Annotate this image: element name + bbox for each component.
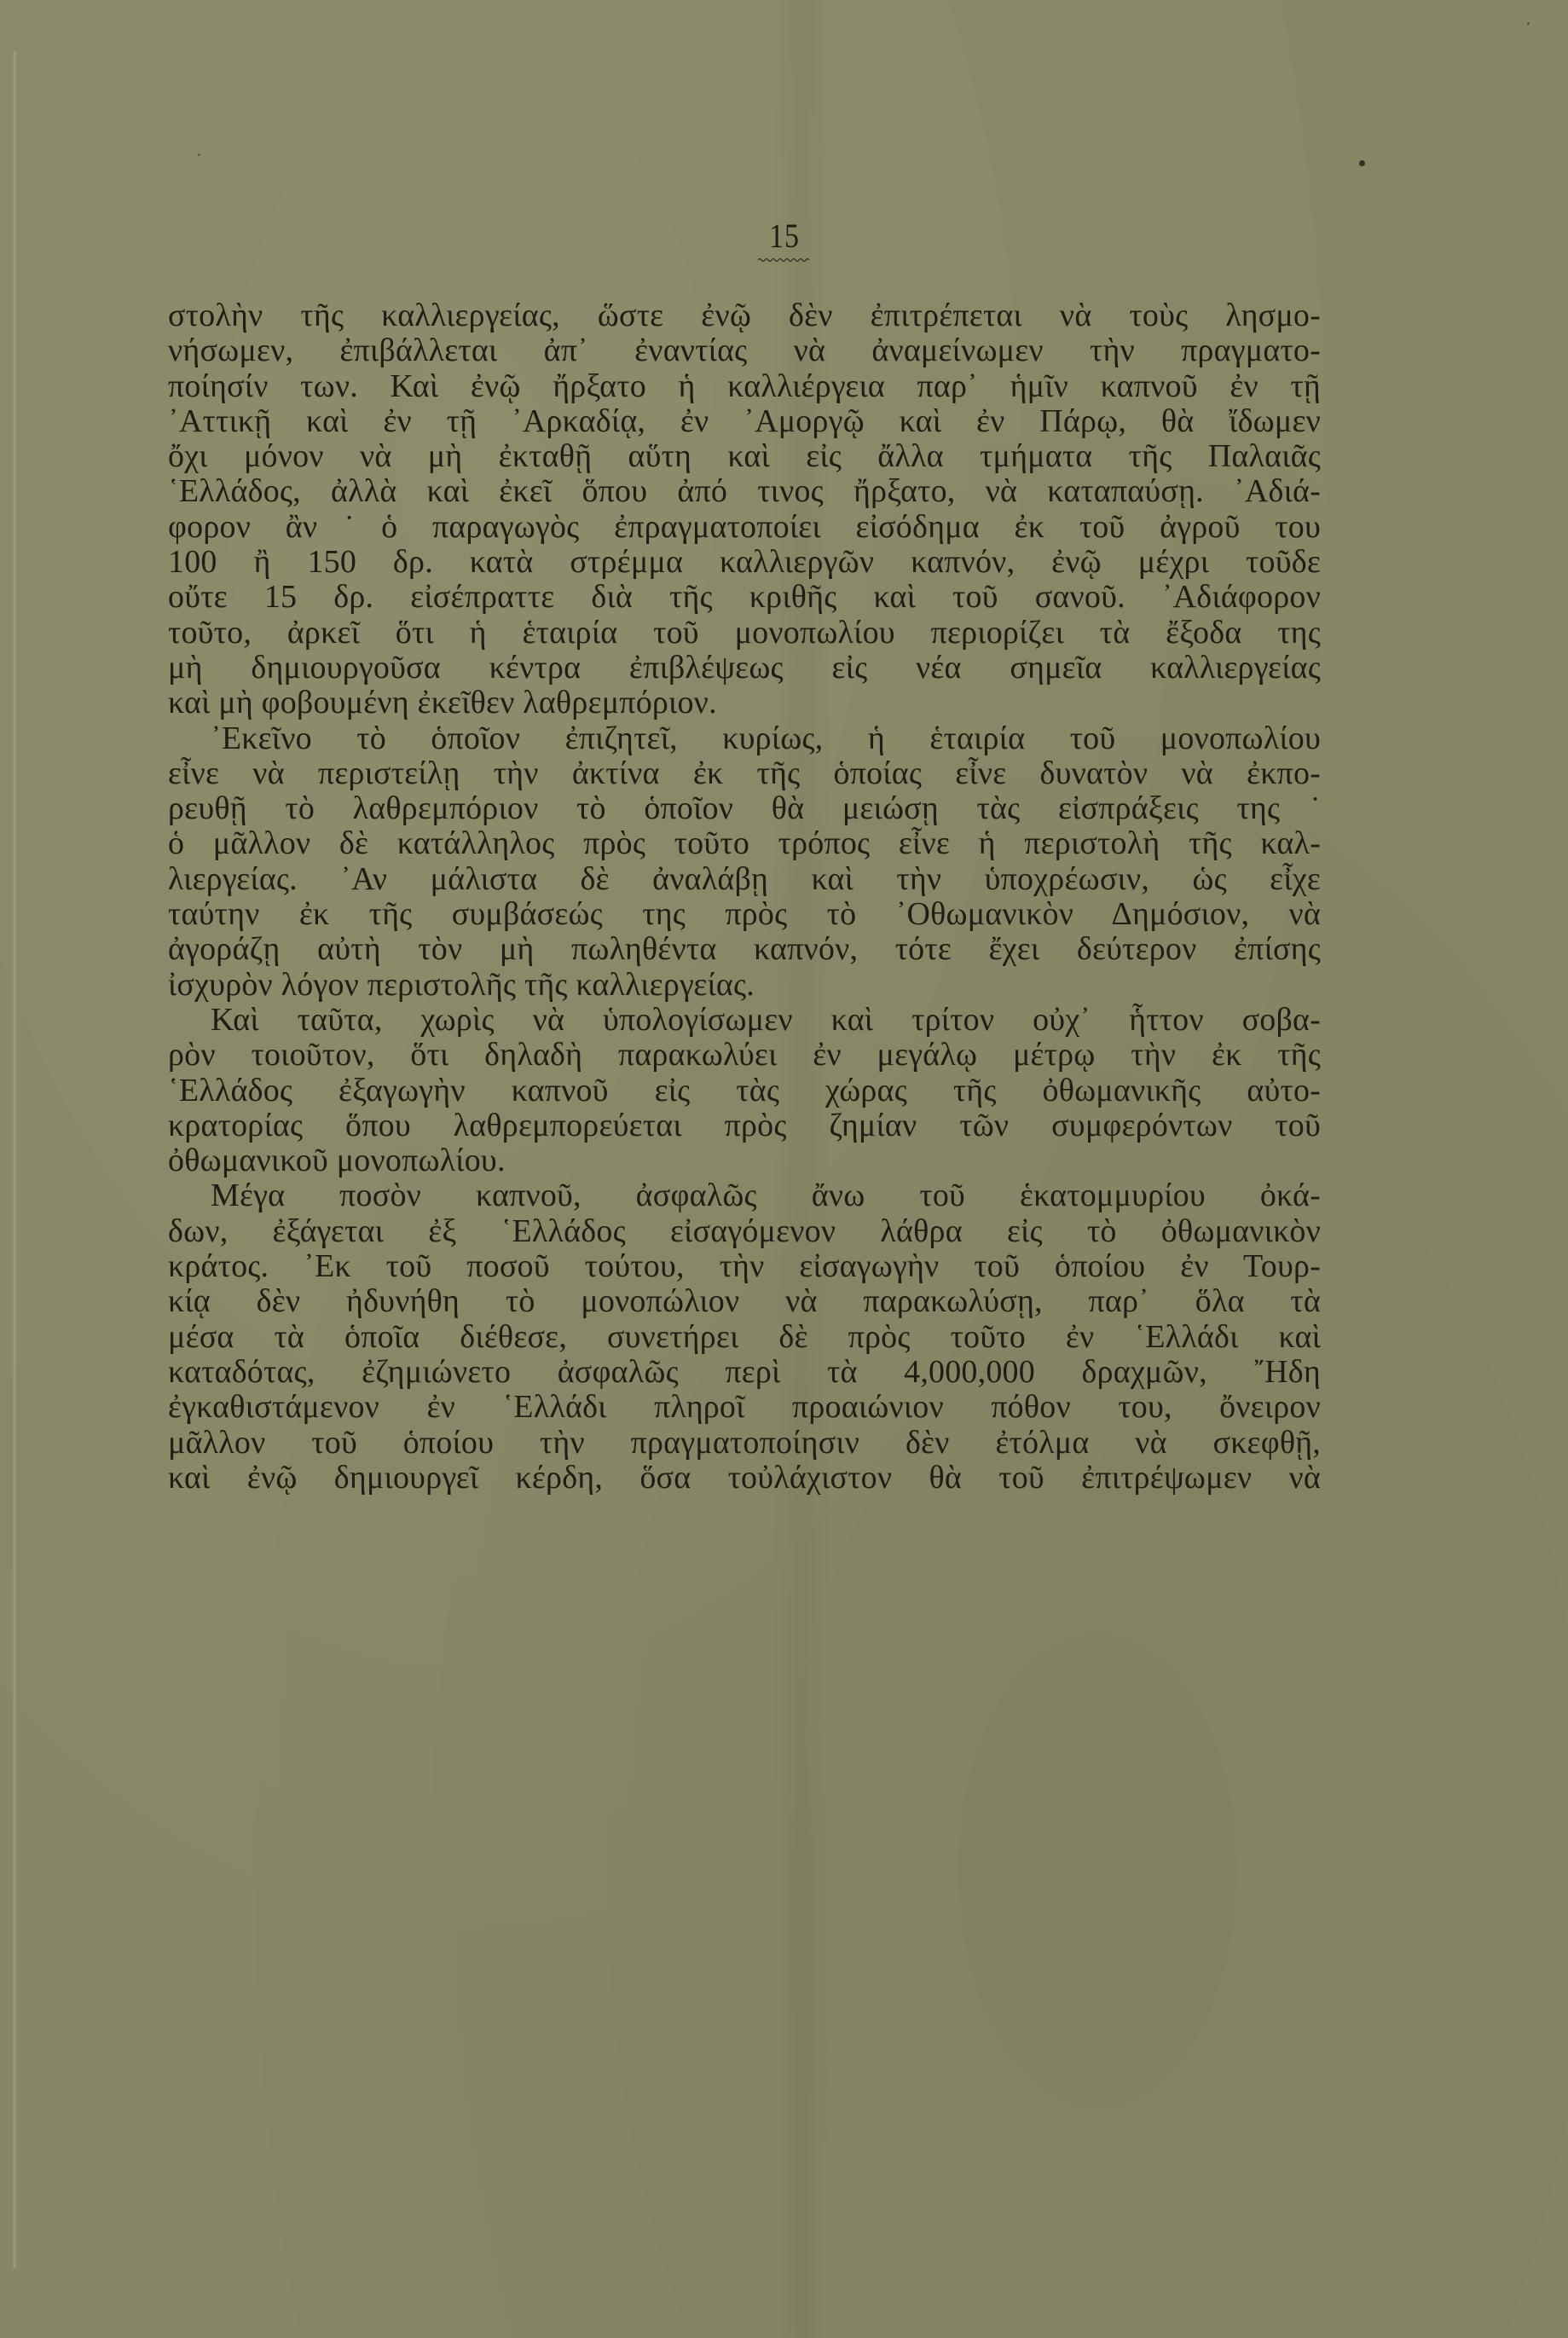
text-line: ῾Ελλάδος ἐξαγωγὴν καπνοῦ εἰς τὰς χώρας τ…: [168, 1074, 1321, 1108]
page-header: 15: [0, 217, 1568, 263]
text-line: λιεργείας. ᾽Αν μάλιστα δὲ ἀναλάβῃ καὶ τὴ…: [168, 862, 1321, 897]
text-line: ὁ μᾶλλον δὲ κατάλληλος πρὸς τοῦτο τρόπος…: [168, 826, 1321, 861]
paper-speck: [1527, 22, 1530, 25]
paragraph: Μέγα ποσὸν καπνοῦ, ἀσφαλῶς ἄνω τοῦ ἑκατο…: [168, 1178, 1321, 1496]
text-line: στολὴν τῆς καλλιεργείας, ὥστε ἐνῷ δὲν ἐπ…: [168, 298, 1321, 333]
paragraph: ᾽Εκεῖνο τὸ ὁποῖον ἐπιζητεῖ, κυρίως, ἡ ἑτ…: [168, 721, 1321, 1003]
text-line: κίᾳ δὲν ἠδυνήθη τὸ μονοπώλιον νὰ παρακωλ…: [168, 1284, 1321, 1319]
text-line: κρατορίας ὅπου λαθρεμπορεύεται πρὸς ζημί…: [168, 1108, 1321, 1143]
text-line: καταδότας, ἐζημιώνετο ἀσφαλῶς περὶ τὰ 4,…: [168, 1355, 1321, 1390]
text-line: εἶνε νὰ περιστείλῃ τὴν ἀκτίνα ἐκ τῆς ὁπο…: [168, 756, 1321, 791]
text-line: μὴ δημιουργοῦσα κέντρα ἐπιβλέψεως εἰς νέ…: [168, 651, 1321, 686]
text-line: Καὶ ταῦτα, χωρὶς νὰ ὑπολογίσωμεν καὶ τρί…: [168, 1003, 1321, 1038]
text-line: ἰσχυρὸν λόγον περιστολῆς τῆς καλλιεργεία…: [168, 968, 1321, 1003]
text-line: 100 ἢ 150 δρ. κατὰ στρέμμα καλλιεργῶν κα…: [168, 545, 1321, 580]
text-line: καὶ μὴ φοβουμένη ἐκεῖθεν λαθρεμπόριον.: [168, 686, 1321, 720]
text-line: νήσωμεν, ἐπιβάλλεται ἀπ᾽ ἐναντίας νὰ ἀνα…: [168, 333, 1321, 368]
text-line: ποίησίν των. Καὶ ἐνῷ ἤρξατο ἡ καλλιέργει…: [168, 369, 1321, 404]
text-line: κράτος. ᾽Εκ τοῦ ποσοῦ τούτου, τὴν εἰσαγω…: [168, 1249, 1321, 1284]
page-number: 15: [769, 217, 800, 255]
text-line: δων, ἐξάγεται ἐξ ῾Ελλάδος εἰσαγόμενον λά…: [168, 1214, 1321, 1249]
text-line: ρευθῇ τὸ λαθρεμπόριον τὸ ὁποῖον θὰ μειώσ…: [168, 791, 1321, 826]
text-line: Μέγα ποσὸν καπνοῦ, ἀσφαλῶς ἄνω τοῦ ἑκατο…: [168, 1178, 1321, 1213]
text-line: οὔτε 15 δρ. εἰσέπραττε διὰ τῆς κριθῆς κα…: [168, 580, 1321, 615]
text-line: τοῦτο, ἀρκεῖ ὅτι ἡ ἑταιρία τοῦ μονοπωλίο…: [168, 616, 1321, 651]
text-line: μᾶλλον τοῦ ὁποίου τὴν πραγματοποίησιν δὲ…: [168, 1426, 1321, 1461]
paper-speck: [198, 153, 200, 156]
text-line: καὶ ἐνῷ δημιουργεῖ κέρδη, ὅσα τοὐλάχιστο…: [168, 1461, 1321, 1496]
wavy-rule-ornament: [758, 257, 811, 263]
text-line: ταύτην ἐκ τῆς συμβάσεώς της πρὸς τὸ ᾽Οθω…: [168, 897, 1321, 932]
text-line: ῾Ελλάδος, ἀλλὰ καὶ ἐκεῖ ὅπου ἀπό τινος ἤ…: [168, 474, 1321, 509]
text-line: ὄχι μόνον νὰ μὴ ἐκταθῇ αὕτη καὶ εἰς ἄλλα…: [168, 439, 1321, 474]
paper-speck: [1359, 160, 1365, 166]
body-text: στολὴν τῆς καλλιεργείας, ὥστε ἐνῷ δὲν ἐπ…: [168, 298, 1321, 1496]
text-line: μέσα τὰ ὁποῖα διέθεσε, συνετήρει δὲ πρὸς…: [168, 1320, 1321, 1355]
text-line: ᾽Αττικῇ καὶ ἐν τῇ ᾽Αρκαδίᾳ, ἐν ᾽Αμοργῷ κ…: [168, 404, 1321, 439]
text-line: ᾽Εκεῖνο τὸ ὁποῖον ἐπιζητεῖ, κυρίως, ἡ ἑτ…: [168, 721, 1321, 756]
text-line: ἐγκαθιστάμενον ἐν ῾Ελλάδι πληροῖ προαιών…: [168, 1390, 1321, 1425]
paragraph: στολὴν τῆς καλλιεργείας, ὥστε ἐνῷ δὲν ἐπ…: [168, 298, 1321, 721]
text-line: ἀγοράζῃ αὐτὴ τὸν μὴ πωληθέντα καπνόν, τό…: [168, 932, 1321, 967]
text-line: φορον ἂν˙ὁ παραγωγὸς ἐπραγματοποίει εἰσό…: [168, 510, 1321, 545]
page-edge: [12, 51, 17, 2268]
text-line: ὀθωμανικοῦ μονοπωλίου.: [168, 1143, 1321, 1178]
paragraph: Καὶ ταῦτα, χωρὶς νὰ ὑπολογίσωμεν καὶ τρί…: [168, 1003, 1321, 1178]
text-line: ρὸν τοιοῦτον, ὅτι δηλαδὴ παρακωλύει ἐν μ…: [168, 1038, 1321, 1073]
